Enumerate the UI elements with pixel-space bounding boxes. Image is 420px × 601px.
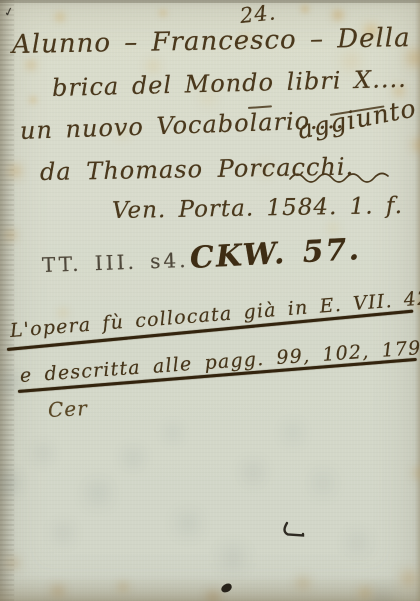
check-mark: ✓ — [3, 4, 17, 20]
entry-line-3b: aggiunto — [295, 93, 419, 144]
bottom-edge-shading — [0, 575, 420, 601]
new-shelfmark: CKW. 57. — [189, 232, 362, 276]
entry-line-2: brica del Mondo libri X.... con — [52, 63, 420, 102]
old-shelfmark: TT. III. s4. — [42, 248, 189, 277]
hook-mark — [281, 521, 307, 539]
ink-blot — [220, 582, 233, 593]
annotation-cer: Cer — [47, 396, 88, 422]
entry-line-3: un nuovo Vocabolario.... — [20, 106, 345, 145]
entry-line-1: Alunno – Francesco – Della Fa- — [12, 22, 420, 60]
folio-number: 24. — [239, 0, 278, 28]
left-edge-noise — [0, 0, 14, 601]
top-edge-shading — [0, 0, 420, 3]
pen-flourish — [288, 166, 398, 186]
manuscript-page: ✓ 24. Alunno – Francesco – Della Fa- bri… — [0, 0, 420, 601]
imprint-line: Ven. Porta. 1584. 1. f. — [112, 193, 403, 224]
left-edge-shading — [0, 0, 16, 601]
